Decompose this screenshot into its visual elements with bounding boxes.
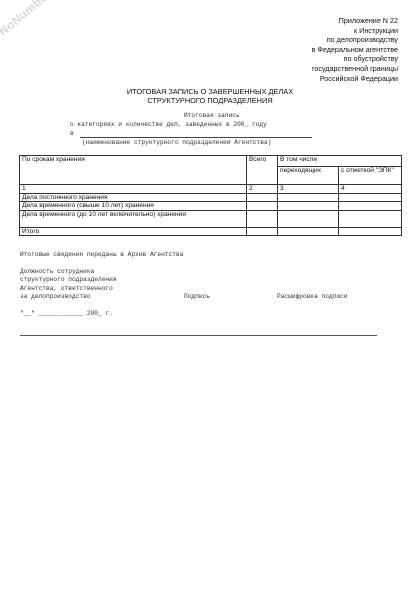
- record-prefix: в: [70, 130, 74, 138]
- cell-total[interactable]: [247, 227, 278, 236]
- col-number: 4: [339, 185, 402, 194]
- watermark: NoNumber.ru: [0, 0, 89, 39]
- cell-transferring[interactable]: [278, 202, 339, 211]
- appendix-line: Российской Федерации: [312, 74, 398, 84]
- cell-transferring[interactable]: [278, 193, 339, 202]
- position-line: структурного подразделения: [20, 276, 117, 284]
- title-line-2: СТРУКТУРНОГО ПОДРАЗДЕЛЕНИЯ: [0, 96, 420, 105]
- cell-epk[interactable]: [339, 210, 402, 227]
- col-number: 3: [278, 185, 339, 194]
- position-line: за делопроизводство: [20, 293, 91, 301]
- department-caption: (наименование структурного подразделения…: [82, 139, 271, 147]
- document-title: ИТОГОВАЯ ЗАПИСЬ О ЗАВЕРШЕННЫХ ДЕЛАХ СТРУ…: [0, 87, 420, 106]
- row-label: Дела временного (до 10 лет включительно)…: [20, 210, 247, 227]
- appendix-note: Приложение N 22 к Инструкции по делопрои…: [312, 16, 398, 83]
- position-line: Должность сотрудника: [20, 268, 94, 276]
- record-line: о категориях и количестве дел, заведенны…: [70, 121, 267, 129]
- table-row: Дела временного (свыше 10 лет) хранения: [20, 202, 402, 211]
- row-label: Итого: [20, 227, 247, 236]
- appendix-line: по делопроизводству: [312, 35, 398, 45]
- header-total: Всего: [247, 156, 278, 185]
- cell-total[interactable]: [247, 210, 278, 227]
- signature-decoding-label: Расшифровка подписи: [277, 293, 348, 301]
- row-label: Дела постоянного хранения: [20, 193, 247, 202]
- cell-transferring[interactable]: [278, 210, 339, 227]
- appendix-line: Приложение N 22: [312, 16, 398, 26]
- department-name-field[interactable]: [80, 137, 312, 138]
- table-row: Дела временного (до 10 лет включительно)…: [20, 210, 402, 227]
- cell-total[interactable]: [247, 193, 278, 202]
- appendix-line: государственной границы: [312, 64, 398, 74]
- transfer-note: Итоговые сведения переданы в Архив Агент…: [20, 251, 183, 259]
- position-line: Агентства, ответственного: [20, 285, 113, 293]
- table-row: Дела постоянного хранения: [20, 193, 402, 202]
- appendix-line: по обустройству: [312, 54, 398, 64]
- title-line-1: ИТОГОВАЯ ЗАПИСЬ О ЗАВЕРШЕННЫХ ДЕЛАХ: [0, 87, 420, 96]
- bottom-divider: [20, 335, 377, 336]
- cell-epk[interactable]: [339, 202, 402, 211]
- col-number: 2: [247, 185, 278, 194]
- table-row: Итого: [20, 227, 402, 236]
- cell-epk[interactable]: [339, 227, 402, 236]
- header-storage: По срокам хранения: [20, 156, 247, 185]
- numbering-row: 1 2 3 4: [20, 185, 402, 194]
- header-transferring: переходящих: [278, 167, 339, 185]
- row-label: Дела временного (свыше 10 лет) хранения: [20, 202, 247, 211]
- signature-label: Подпись: [184, 293, 210, 301]
- cases-table: По срокам хранения Всего В том числе пер…: [19, 155, 402, 236]
- cell-transferring[interactable]: [278, 227, 339, 236]
- col-number: 1: [20, 185, 247, 194]
- header-including: В том числе: [278, 156, 402, 167]
- record-heading: Итоговая запись: [184, 112, 240, 120]
- appendix-line: к Инструкции: [312, 26, 398, 36]
- cell-epk[interactable]: [339, 193, 402, 202]
- header-epk: с отметкой "ЭПК": [339, 167, 402, 185]
- date-field[interactable]: "__" ____________ 200_ г.: [20, 310, 113, 318]
- appendix-line: в Федеральном агентстве: [312, 45, 398, 55]
- cell-total[interactable]: [247, 202, 278, 211]
